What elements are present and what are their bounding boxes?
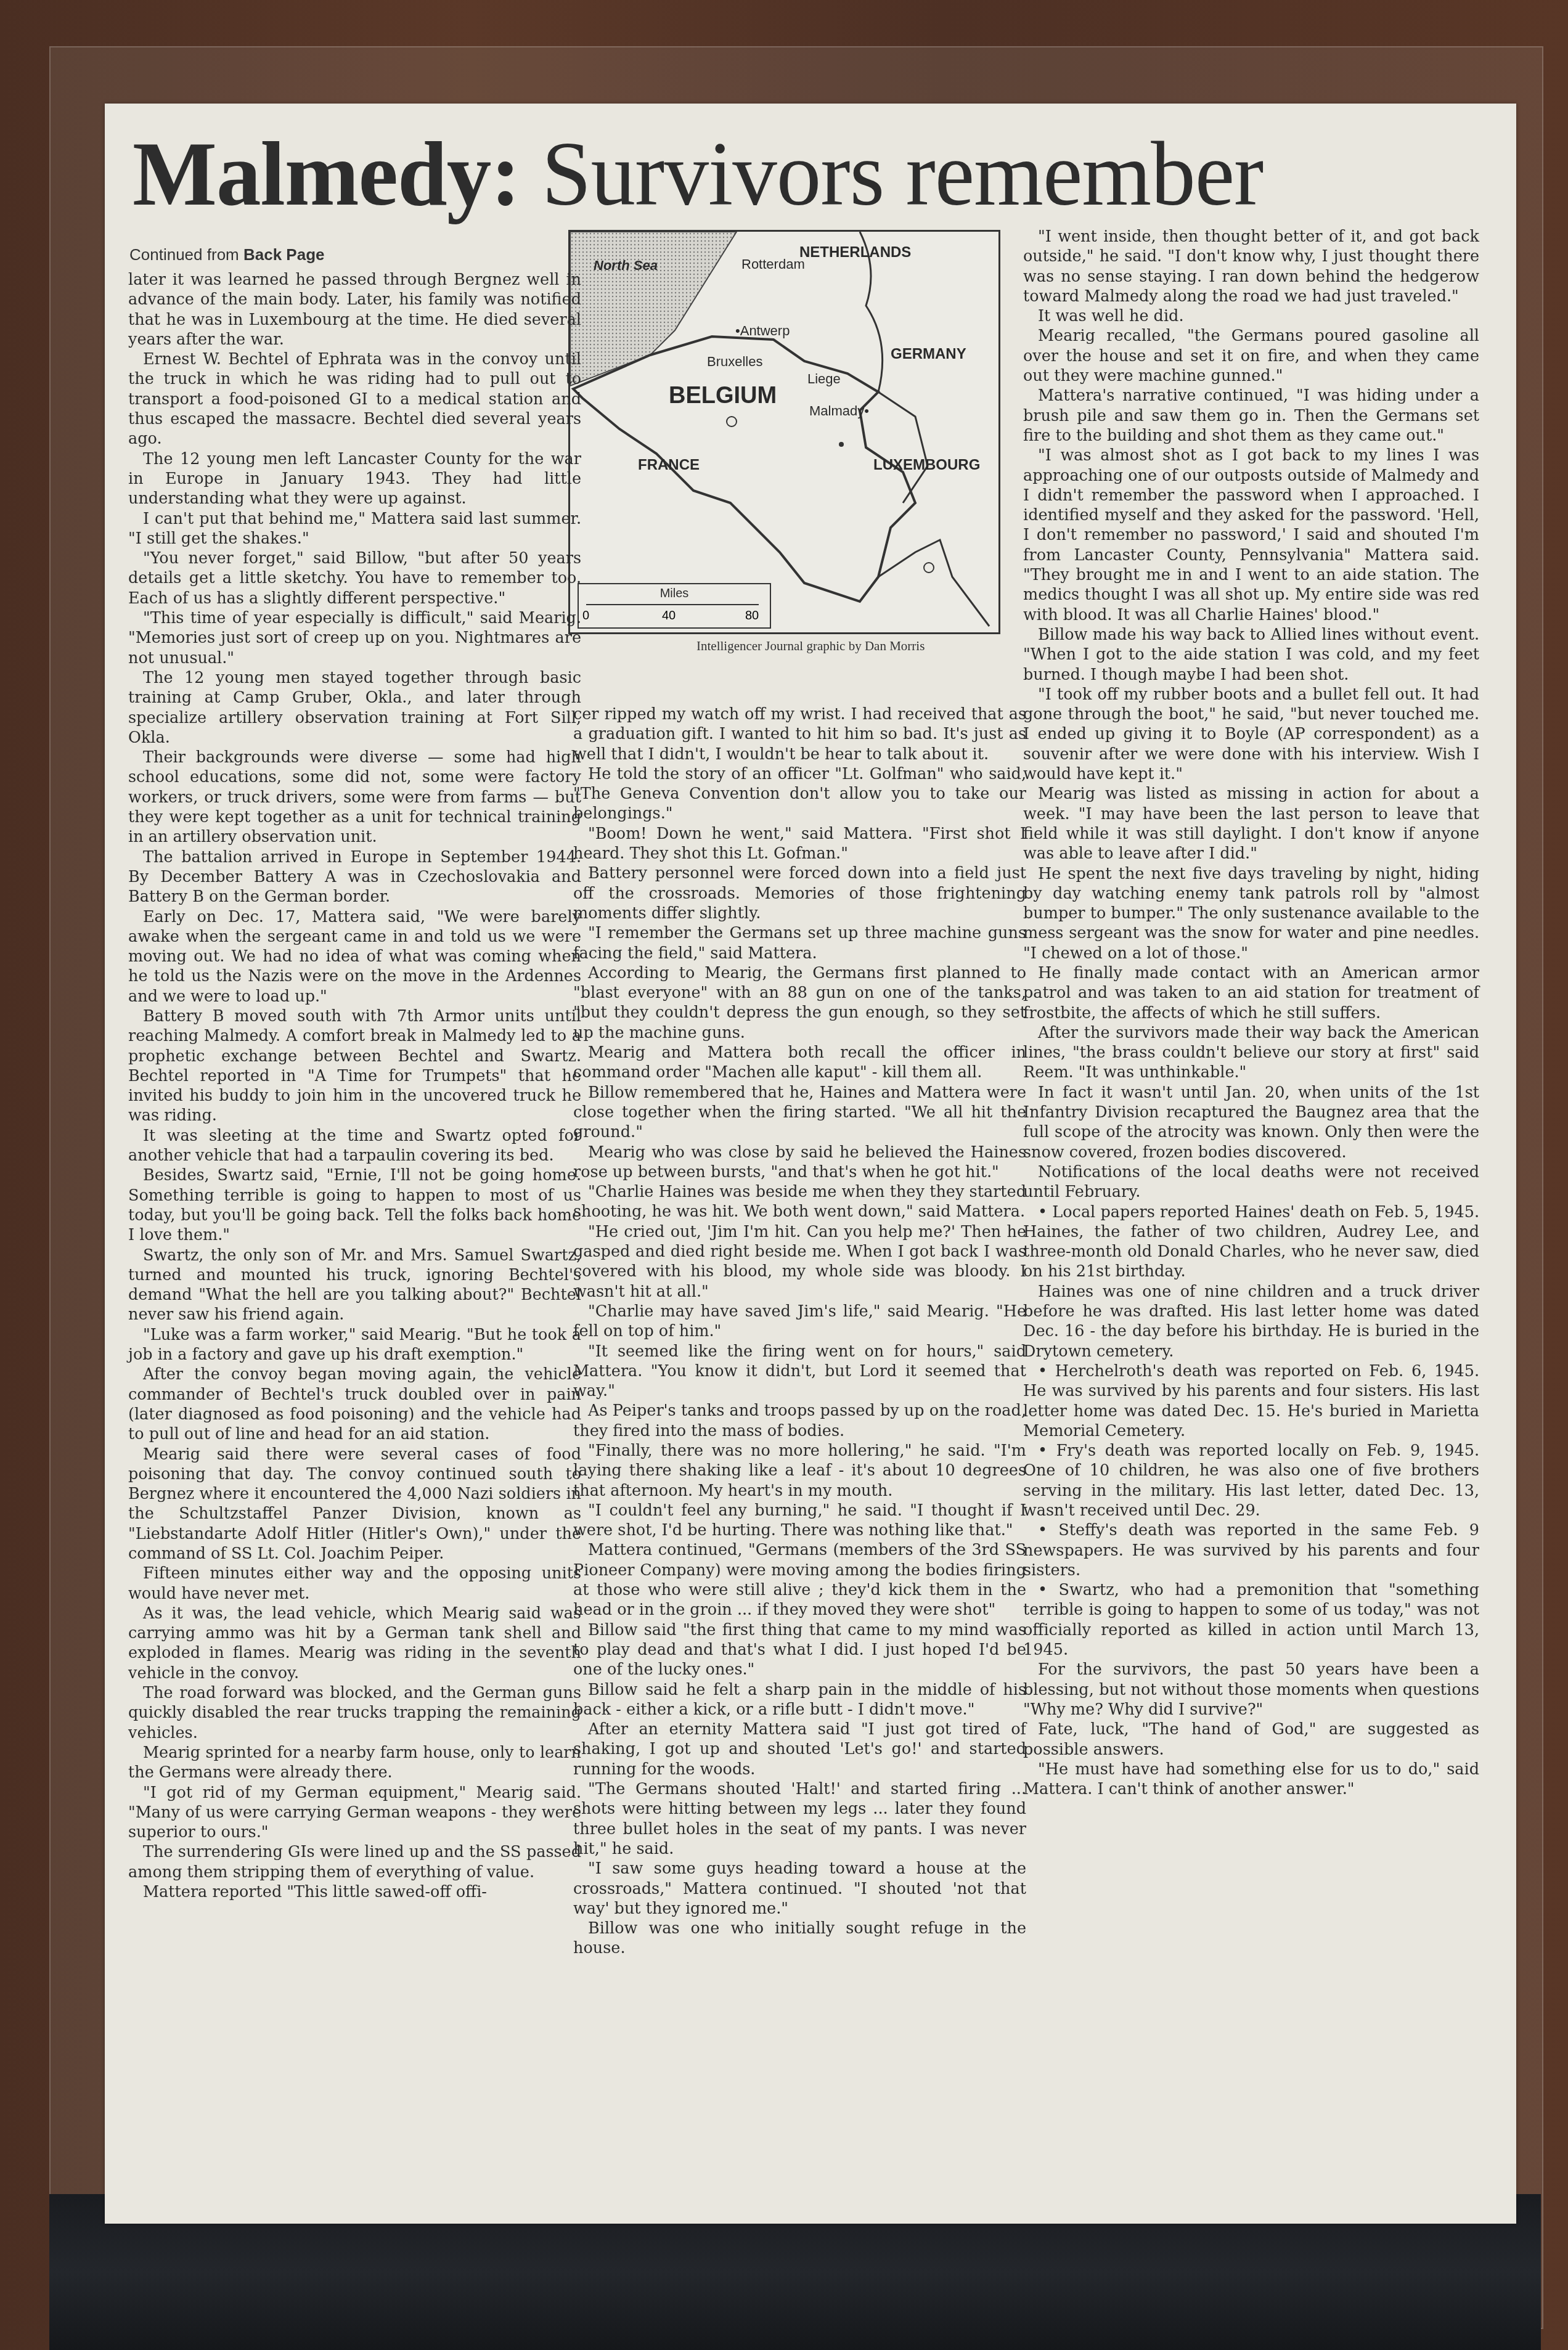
paragraph: The 12 young men left Lancaster County f… (128, 449, 581, 509)
paragraph: Mearig was listed as missing in action f… (1023, 784, 1479, 863)
paragraph: • Steffy's death was reported in the sam… (1023, 1520, 1479, 1580)
paragraph: Billow remembered that he, Haines and Ma… (573, 1083, 1026, 1143)
headline-rest: Survivors remember (520, 124, 1264, 225)
paragraph: Battery personnel were forced down into … (573, 863, 1026, 923)
map-label-luxembourg: LUXEMBOURG (873, 457, 980, 474)
paragraph: Early on Dec. 17, Mattera said, "We were… (128, 907, 581, 1006)
map-scale: Miles 0 40 80 (578, 583, 771, 629)
map-credit: Intelligencer Journal graphic by Dan Mor… (696, 638, 925, 654)
map-label-belgium: BELGIUM (669, 383, 777, 409)
paragraph: • Local papers reported Haines' death on… (1023, 1202, 1479, 1282)
paragraph: After the survivors made their way back … (1023, 1023, 1479, 1083)
paragraph: "I took off my rubber boots and a bullet… (1023, 685, 1479, 784)
paragraph: • Herchelroth's death was reported on Fe… (1023, 1361, 1479, 1441)
paragraph: Fate, luck, "The hand of God," are sugge… (1023, 1720, 1479, 1760)
paragraph: Swartz, the only son of Mr. and Mrs. Sam… (128, 1246, 581, 1325)
paragraph: Mearig who was close by said he believed… (573, 1143, 1026, 1183)
paragraph: "This time of year especially is difficu… (128, 608, 581, 668)
paragraph: Haines was one of nine children and a tr… (1023, 1282, 1479, 1361)
headline: Malmedy: Survivors remember (133, 119, 1468, 230)
newspaper-clipping: Malmedy: Survivors remember Continued fr… (105, 104, 1516, 2224)
paragraph: Mearig and Mattera both recall the offic… (573, 1043, 1026, 1083)
map-label-liege: Liege (807, 371, 841, 387)
paragraph: "He cried out, 'Jim I'm hit. Can you hel… (573, 1222, 1026, 1302)
paragraph: "I couldn't feel any burning," he said. … (573, 1501, 1026, 1541)
paragraph: Billow made his way back to Allied lines… (1023, 625, 1479, 685)
paragraph: As it was, the lead vehicle, which Meari… (128, 1604, 581, 1683)
paragraph: "I remember the Germans set up three mac… (573, 923, 1026, 963)
paragraph: "Charlie may have saved Jim's life," sai… (573, 1302, 1026, 1342)
paragraph: The road forward was blocked, and the Ge… (128, 1683, 581, 1743)
paragraph: "I saw some guys heading toward a house … (573, 1859, 1026, 1919)
paragraph: • Fry's death was reported locally on Fe… (1023, 1441, 1479, 1520)
paragraph: Mearig sprinted for a nearby farm house,… (128, 1743, 581, 1783)
map-label-rotterdam: Rotterdam (741, 256, 805, 272)
paragraph: Billow was one who initially sought refu… (573, 1919, 1026, 1959)
paragraph: "I was almost shot as I got back to my l… (1023, 446, 1479, 625)
paragraph: "I got rid of my German equipment," Mear… (128, 1783, 581, 1843)
paragraph: later it was learned he passed through B… (128, 270, 581, 349)
paragraph: After an eternity Mattera said "I just g… (573, 1720, 1026, 1779)
paragraph: Mearig said there were several cases of … (128, 1445, 581, 1564)
map-label-antwerp: •Antwerp (735, 323, 790, 339)
paragraph: Battery B moved south with 7th Armor uni… (128, 1006, 581, 1126)
paragraph: Besides, Swartz said, "Ernie, I'll not b… (128, 1165, 581, 1245)
scale-tick-0: 0 (582, 609, 589, 623)
map-label-malmady: Malmady• (809, 403, 869, 419)
paragraph: Mattera continued, "Germans (members of … (573, 1540, 1026, 1620)
paragraph: In fact it wasn't until Jan. 20, when un… (1023, 1083, 1479, 1162)
paragraph: For the survivors, the past 50 years hav… (1023, 1660, 1479, 1720)
paragraph: "You never forget," said Billow, "but af… (128, 549, 581, 608)
paragraph: Mearig recalled, "the Germans poured gas… (1023, 326, 1479, 386)
paragraph: It was sleeting at the time and Swartz o… (128, 1126, 581, 1166)
paragraph: Notifications of the local deaths were n… (1023, 1162, 1479, 1202)
paragraph: "Boom! Down he went," said Mattera. "Fir… (573, 824, 1026, 864)
paragraph: It was well he did. (1023, 306, 1479, 326)
paragraph: The surrendering GIs were lined up and t… (128, 1842, 581, 1882)
headline-bold: Malmedy: (133, 124, 520, 225)
paragraph: Mattera's narrative continued, "I was hi… (1023, 386, 1479, 446)
continued-prefix: Continued from (129, 245, 243, 264)
paragraph: cer ripped my watch off my wrist. I had … (573, 704, 1026, 764)
paragraph: I can't put that behind me," Mattera sai… (128, 509, 581, 549)
paragraph: "Charlie Haines was beside me when they … (573, 1182, 1026, 1222)
scale-tick-40: 40 (662, 609, 676, 623)
continued-source: Back Page (243, 245, 325, 264)
paragraph: He spent the next five days traveling by… (1023, 864, 1479, 963)
paragraph: • Swartz, who had a premonition that "so… (1023, 1580, 1479, 1660)
paragraph: He finally made contact with an American… (1023, 963, 1479, 1023)
paragraph: "He must have had something else for us … (1023, 1760, 1479, 1800)
continued-line: Continued from Back Page (129, 245, 325, 264)
map-label-france: FRANCE (638, 457, 700, 474)
paragraph: He told the story of an officer "Lt. Gol… (573, 764, 1026, 824)
map-outline (570, 232, 998, 632)
article-column-2: cer ripped my watch off my wrist. I had … (573, 704, 1026, 1959)
scale-tick-80: 80 (745, 609, 759, 623)
article-column-1: later it was learned he passed through B… (128, 270, 581, 1902)
map-label-netherlands: NETHERLANDS (799, 244, 911, 261)
paragraph: Billow said he felt a sharp pain in the … (573, 1680, 1026, 1720)
map-label-bruxelles: Bruxelles (707, 354, 762, 370)
paragraph: "It seemed like the firing went on for h… (573, 1342, 1026, 1401)
paragraph: "The Germans shouted 'Halt!' and started… (573, 1779, 1026, 1859)
map-label-north-sea: North Sea (594, 258, 658, 274)
paragraph: Ernest W. Bechtel of Ephrata was in the … (128, 349, 581, 449)
paragraph: The battalion arrived in Europe in Septe… (128, 847, 581, 907)
paragraph: "Finally, there was no more hollering," … (573, 1441, 1026, 1501)
paragraph: "Luke was a farm worker," said Mearig. "… (128, 1325, 581, 1365)
paragraph: Fifteen minutes either way and the oppos… (128, 1564, 581, 1604)
paragraph: After the convoy began moving again, the… (128, 1365, 581, 1444)
scale-title: Miles (579, 587, 770, 601)
paragraph: As Peiper's tanks and troops passed by u… (573, 1401, 1026, 1441)
map-label-germany: GERMANY (891, 346, 966, 363)
paragraph: "I went inside, then thought better of i… (1023, 227, 1479, 306)
paragraph: Their backgrounds were diverse — some ha… (128, 748, 581, 847)
article-column-3: "I went inside, then thought better of i… (1023, 227, 1479, 1799)
paragraph: According to Mearig, the Germans first p… (573, 963, 1026, 1043)
paragraph: Mattera reported "This little sawed-off … (128, 1882, 581, 1902)
paragraph: The 12 young men stayed together through… (128, 668, 581, 748)
belgium-map: North Sea NETHERLANDS Rotterdam •Antwerp… (568, 230, 1000, 634)
paragraph: Billow said "the first thing that came t… (573, 1620, 1026, 1680)
